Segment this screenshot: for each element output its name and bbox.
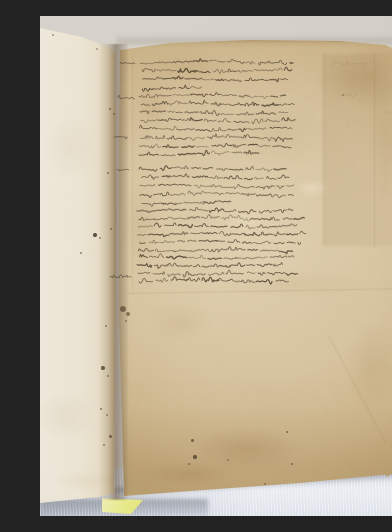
photo-vignette bbox=[40, 16, 392, 516]
manuscript-photo: Photograph of an antique manuscript book… bbox=[40, 16, 392, 516]
